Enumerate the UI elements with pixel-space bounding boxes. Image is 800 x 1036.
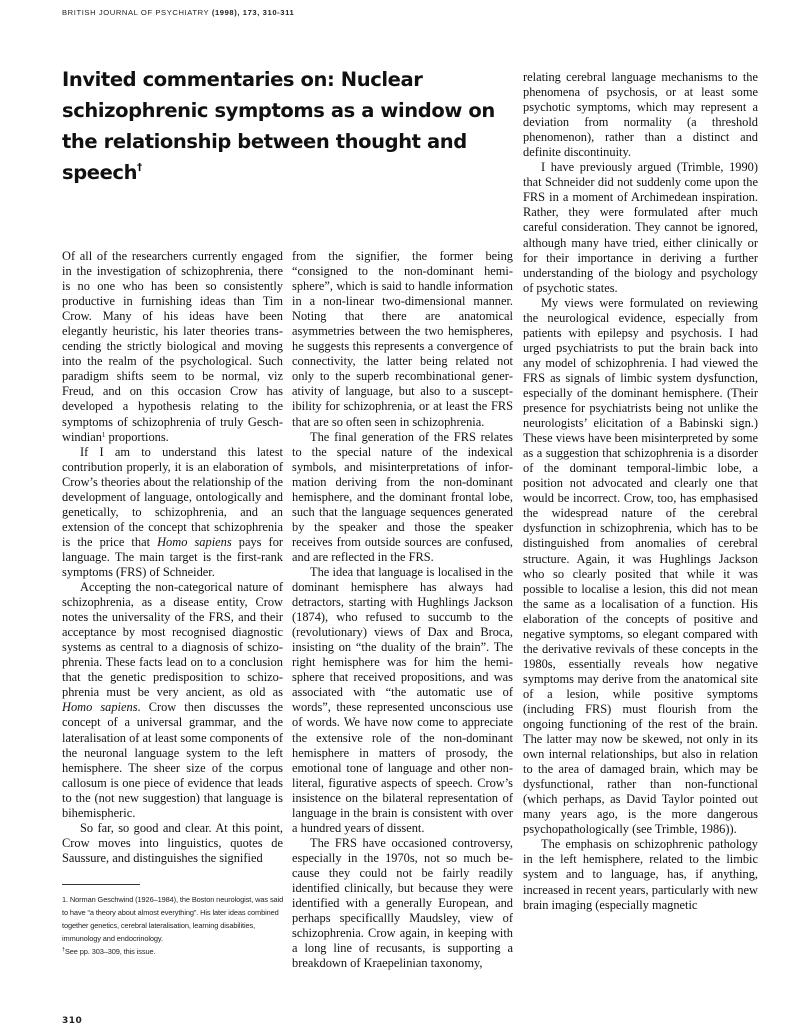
article-title: Invited commentaries on: Nuclear schizop… — [62, 64, 522, 188]
article-title-text: Invited commentaries on: Nuclear schizop… — [62, 68, 495, 184]
paragraph: Of all of the researchers currently enga… — [62, 249, 283, 445]
paragraph-text: proportions. — [105, 430, 168, 444]
paragraph: relating cerebral language mechanisms to… — [523, 70, 758, 160]
paragraph-text: Accepting the non-categorical nature of … — [62, 580, 283, 699]
footnotes: 1. Norman Geschwind (1926–1984), the Bos… — [62, 893, 287, 958]
footnote-divider — [62, 884, 140, 885]
paragraph: The FRS have occasioned controversy, esp… — [292, 836, 513, 971]
page-number: 310 — [62, 1016, 82, 1026]
paragraph-text: If I am to understand this latest contri… — [62, 445, 283, 549]
paragraph: The emphasis on schizophrenic path­ology… — [523, 837, 758, 912]
footnote-text: Norman Geschwind (1926–1984), the Boston… — [62, 895, 283, 943]
footnote-dagger: †See pp. 303–309, this issue. — [62, 945, 287, 958]
footnote-text: See pp. 303–309, this issue. — [65, 947, 155, 956]
text-column-1: Of all of the researchers currently enga… — [62, 249, 283, 866]
paragraph-text: Of all of the researchers currently enga… — [62, 249, 283, 444]
journal-name: BRITISH JOURNAL OF PSYCHIATRY — [62, 8, 209, 17]
paragraph: The idea that language is localised in t… — [292, 565, 513, 836]
paragraph: If I am to understand this latest contri… — [62, 445, 283, 580]
italic-term: Homo sapiens — [62, 700, 138, 714]
paragraph: Accepting the non-categorical nature of … — [62, 580, 283, 821]
paragraph-text: . Crow then discusses the concept of a u… — [62, 700, 283, 819]
text-column-3: relating cerebral language mechanisms to… — [523, 70, 758, 913]
paragraph: The final generation of the FRS relates … — [292, 430, 513, 565]
journal-citation: (1998), 173, 310-311 — [212, 8, 295, 17]
running-head: BRITISH JOURNAL OF PSYCHIATRY (1998), 17… — [62, 8, 294, 17]
paragraph: My views were formulated on review­ing t… — [523, 296, 758, 838]
text-column-2: from the signifier, the former being “co… — [292, 249, 513, 971]
italic-term: Homo sapiens — [157, 535, 232, 549]
paragraph: from the signifier, the former being “co… — [292, 249, 513, 430]
footnote-mark: 1. — [62, 895, 70, 904]
footnote-1: 1. Norman Geschwind (1926–1984), the Bos… — [62, 893, 287, 945]
title-dagger-mark: † — [137, 162, 142, 173]
paragraph: So far, so good and clear. At this point… — [62, 821, 283, 866]
paragraph: I have previously argued (Trimble, 1990)… — [523, 160, 758, 295]
